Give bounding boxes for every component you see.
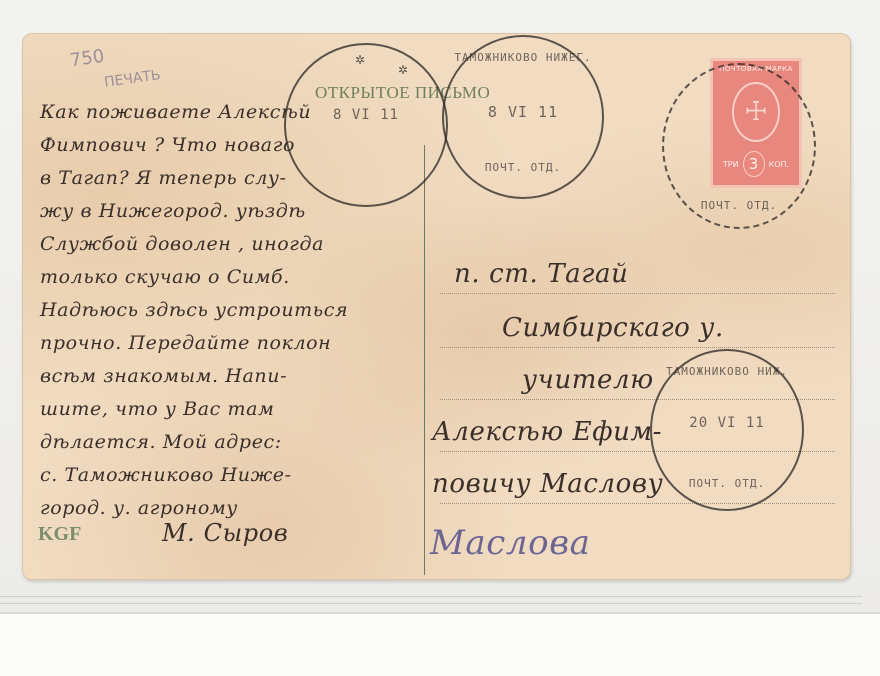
signature: М. Сыров [162,519,288,547]
address-line-text: Симбирскаго у. [502,313,724,343]
message-line: шите, что у Вас там [40,398,274,420]
message-line: прочно. Передайте поклон [40,332,331,354]
message-line: Службой доволен , иногда [40,233,324,255]
publisher-logo: KGF [38,523,81,546]
postmark: ПОЧТ. ОТД. [662,63,816,229]
message-line: только скучаю о Симб. [40,266,290,288]
message-line: с. Таможниково Ниже- [40,464,292,486]
sleeve-edge [0,603,862,604]
postmark-date: 8 VI 11 [444,103,602,121]
pencil-label-note: ПЕЧАТЬ [103,67,161,91]
address-line-text: Алексѣю Ефим- [432,417,662,447]
address-line [440,503,835,504]
address-line [440,347,835,348]
postmark-date: 8 VI 11 [286,107,446,123]
message-line: город. у. агроному [40,497,238,519]
message-line: Как поживаете Алексѣй [40,101,311,123]
postmark-top-text: ТАМОЖНИКОВО НИЖЕГ. [444,51,602,64]
postmark: ТАМОЖНИКОВО НИЖЕГ. 8 VI 11 ПОЧТ. ОТД. [442,35,604,199]
postmark-bottom-text: ПОЧТ. ОТД. [444,161,602,174]
message-line: всѣм знакомым. Напи- [40,365,287,387]
sleeve-edge [0,596,862,597]
postmark-date: 20 VI 11 [652,415,802,431]
address-line-text: повичу Маслову [432,469,663,499]
message-line: дѣлается. Мой адрес: [40,431,282,453]
divider-line [424,145,425,575]
violet-pencil-annotation: Маслова [430,523,591,563]
postmark-bottom-text: ПОЧТ. ОТД. [652,477,802,490]
message-line: жу в Нижегород. уѣздѣ [40,200,306,222]
address-line [440,293,835,294]
postmark: 8 VI 11 [284,43,448,207]
postcard: 750 ПЕЧАТЬ ✲ ✲ ОТКРЫТОЕ ПИСЬМО Как пожив… [22,33,851,580]
message-line: Надѣюсь здѣсь устроиться [40,299,348,321]
address-line-text: учителю [522,365,654,395]
postmark: ТАМОЖНИКОВО НИЖ. 20 VI 11 ПОЧТ. ОТД. [650,349,804,511]
address-line-text: п. ст. Тагай [454,259,628,289]
message-line: Фимпович ? Что новаго [40,134,295,156]
postmark-top-text: ТАМОЖНИКОВО НИЖ. [652,365,802,378]
postmark-bottom-text: ПОЧТ. ОТД. [664,199,814,212]
pencil-price-note: 750 [69,46,106,72]
message-line: в Тагап? Я теперь слу- [40,167,287,189]
